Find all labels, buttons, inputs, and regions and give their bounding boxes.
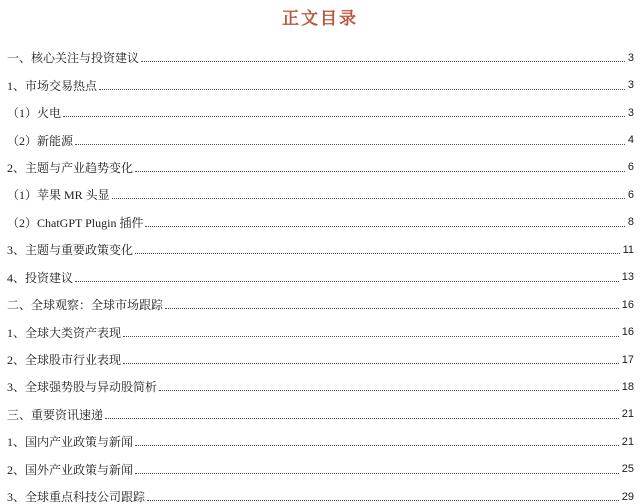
toc-entry[interactable]: （1）火电3 xyxy=(7,99,634,126)
toc-entry[interactable]: 三、重要资讯速递21 xyxy=(7,401,634,428)
toc-entry-label: 4、投资建议 xyxy=(7,269,73,286)
toc-entry-page: 21 xyxy=(622,436,634,448)
toc-leader-dots xyxy=(147,500,619,501)
toc-entry-page: 17 xyxy=(622,354,634,366)
toc-entry-page: 11 xyxy=(623,244,634,256)
toc-entry-page: 8 xyxy=(628,216,634,228)
toc-entry-label: 1、国内产业政策与新闻 xyxy=(7,433,133,450)
toc-entry-label: 1、全球大类资产表现 xyxy=(7,324,121,341)
toc-entry[interactable]: 2、全球股市行业表现17 xyxy=(7,346,634,373)
toc-leader-dots xyxy=(75,281,619,282)
toc-entry-label: 3、主题与重要政策变化 xyxy=(7,241,133,258)
toc-entry-page: 3 xyxy=(628,79,634,91)
toc-leader-dots xyxy=(75,144,625,145)
toc-entry-label: 2、国外产业政策与新闻 xyxy=(7,461,133,478)
toc-entry-label: 3、全球强势股与异动股简析 xyxy=(7,378,157,395)
toc-entry[interactable]: 4、投资建议13 xyxy=(7,264,634,291)
toc-entry[interactable]: 3、全球重点科技公司跟踪29 xyxy=(7,483,634,504)
toc-entry-page: 29 xyxy=(622,491,634,503)
toc-entry-label: （2）新能源 xyxy=(7,132,73,149)
toc-entry-label: 三、重要资讯速递 xyxy=(7,406,103,423)
toc-entry-label: 1、市场交易热点 xyxy=(7,77,97,94)
toc-leader-dots xyxy=(141,61,625,62)
toc-entry-page: 16 xyxy=(622,299,634,311)
toc-leader-dots xyxy=(63,116,625,117)
toc-leader-dots xyxy=(159,390,619,391)
toc-leader-dots xyxy=(123,363,619,364)
toc-entry-label: 2、全球股市行业表现 xyxy=(7,351,121,368)
toc-entry-label: （1）苹果 MR 头显 xyxy=(7,186,110,203)
toc-entry-label: （1）火电 xyxy=(7,104,61,121)
toc-entry-label: （2）ChatGPT Plugin 插件 xyxy=(7,214,143,231)
toc-leader-dots xyxy=(135,253,620,254)
toc-leader-dots xyxy=(145,226,624,227)
toc-leader-dots xyxy=(135,473,619,474)
toc-entry-label: 2、主题与产业趋势变化 xyxy=(7,159,133,176)
toc-entry[interactable]: 2、主题与产业趋势变化6 xyxy=(7,154,634,181)
toc-entry-page: 6 xyxy=(628,161,634,173)
toc-leader-dots xyxy=(112,198,625,199)
toc-entry[interactable]: 1、国内产业政策与新闻21 xyxy=(7,428,634,455)
toc-leader-dots xyxy=(99,89,625,90)
toc-list: 一、核心关注与投资建议31、市场交易热点3（1）火电3（2）新能源42、主题与产… xyxy=(0,30,640,504)
toc-entry[interactable]: 3、主题与重要政策变化11 xyxy=(7,236,634,263)
toc-entry[interactable]: 二、全球观察：全球市场跟踪16 xyxy=(7,291,634,318)
toc-entry-page: 3 xyxy=(628,52,634,64)
toc-entry-page: 16 xyxy=(622,326,634,338)
toc-leader-dots xyxy=(135,171,625,172)
document-page: 正文目录 一、核心关注与投资建议31、市场交易热点3（1）火电3（2）新能源42… xyxy=(0,0,640,504)
toc-leader-dots xyxy=(135,445,619,446)
page-title: 正文目录 xyxy=(0,0,640,30)
toc-entry-page: 21 xyxy=(622,408,634,420)
toc-leader-dots xyxy=(165,308,619,309)
toc-entry-label: 3、全球重点科技公司跟踪 xyxy=(7,488,145,504)
toc-entry[interactable]: 2、国外产业政策与新闻25 xyxy=(7,456,634,483)
toc-entry-label: 一、核心关注与投资建议 xyxy=(7,49,139,66)
toc-entry[interactable]: 3、全球强势股与异动股简析18 xyxy=(7,373,634,400)
toc-entry[interactable]: 1、市场交易热点3 xyxy=(7,71,634,98)
toc-entry[interactable]: （2）ChatGPT Plugin 插件8 xyxy=(7,209,634,236)
toc-leader-dots xyxy=(123,336,619,337)
toc-entry[interactable]: （2）新能源4 xyxy=(7,126,634,153)
toc-entry[interactable]: 一、核心关注与投资建议3 xyxy=(7,44,634,71)
toc-entry-page: 3 xyxy=(628,107,634,119)
toc-entry-page: 25 xyxy=(622,463,634,475)
toc-entry-page: 13 xyxy=(622,271,634,283)
toc-leader-dots xyxy=(105,418,619,419)
toc-entry-page: 4 xyxy=(628,134,634,146)
toc-entry-page: 18 xyxy=(622,381,634,393)
toc-entry-label: 二、全球观察：全球市场跟踪 xyxy=(7,296,163,313)
toc-entry[interactable]: 1、全球大类资产表现16 xyxy=(7,318,634,345)
toc-entry[interactable]: （1）苹果 MR 头显6 xyxy=(7,181,634,208)
toc-entry-page: 6 xyxy=(628,189,634,201)
